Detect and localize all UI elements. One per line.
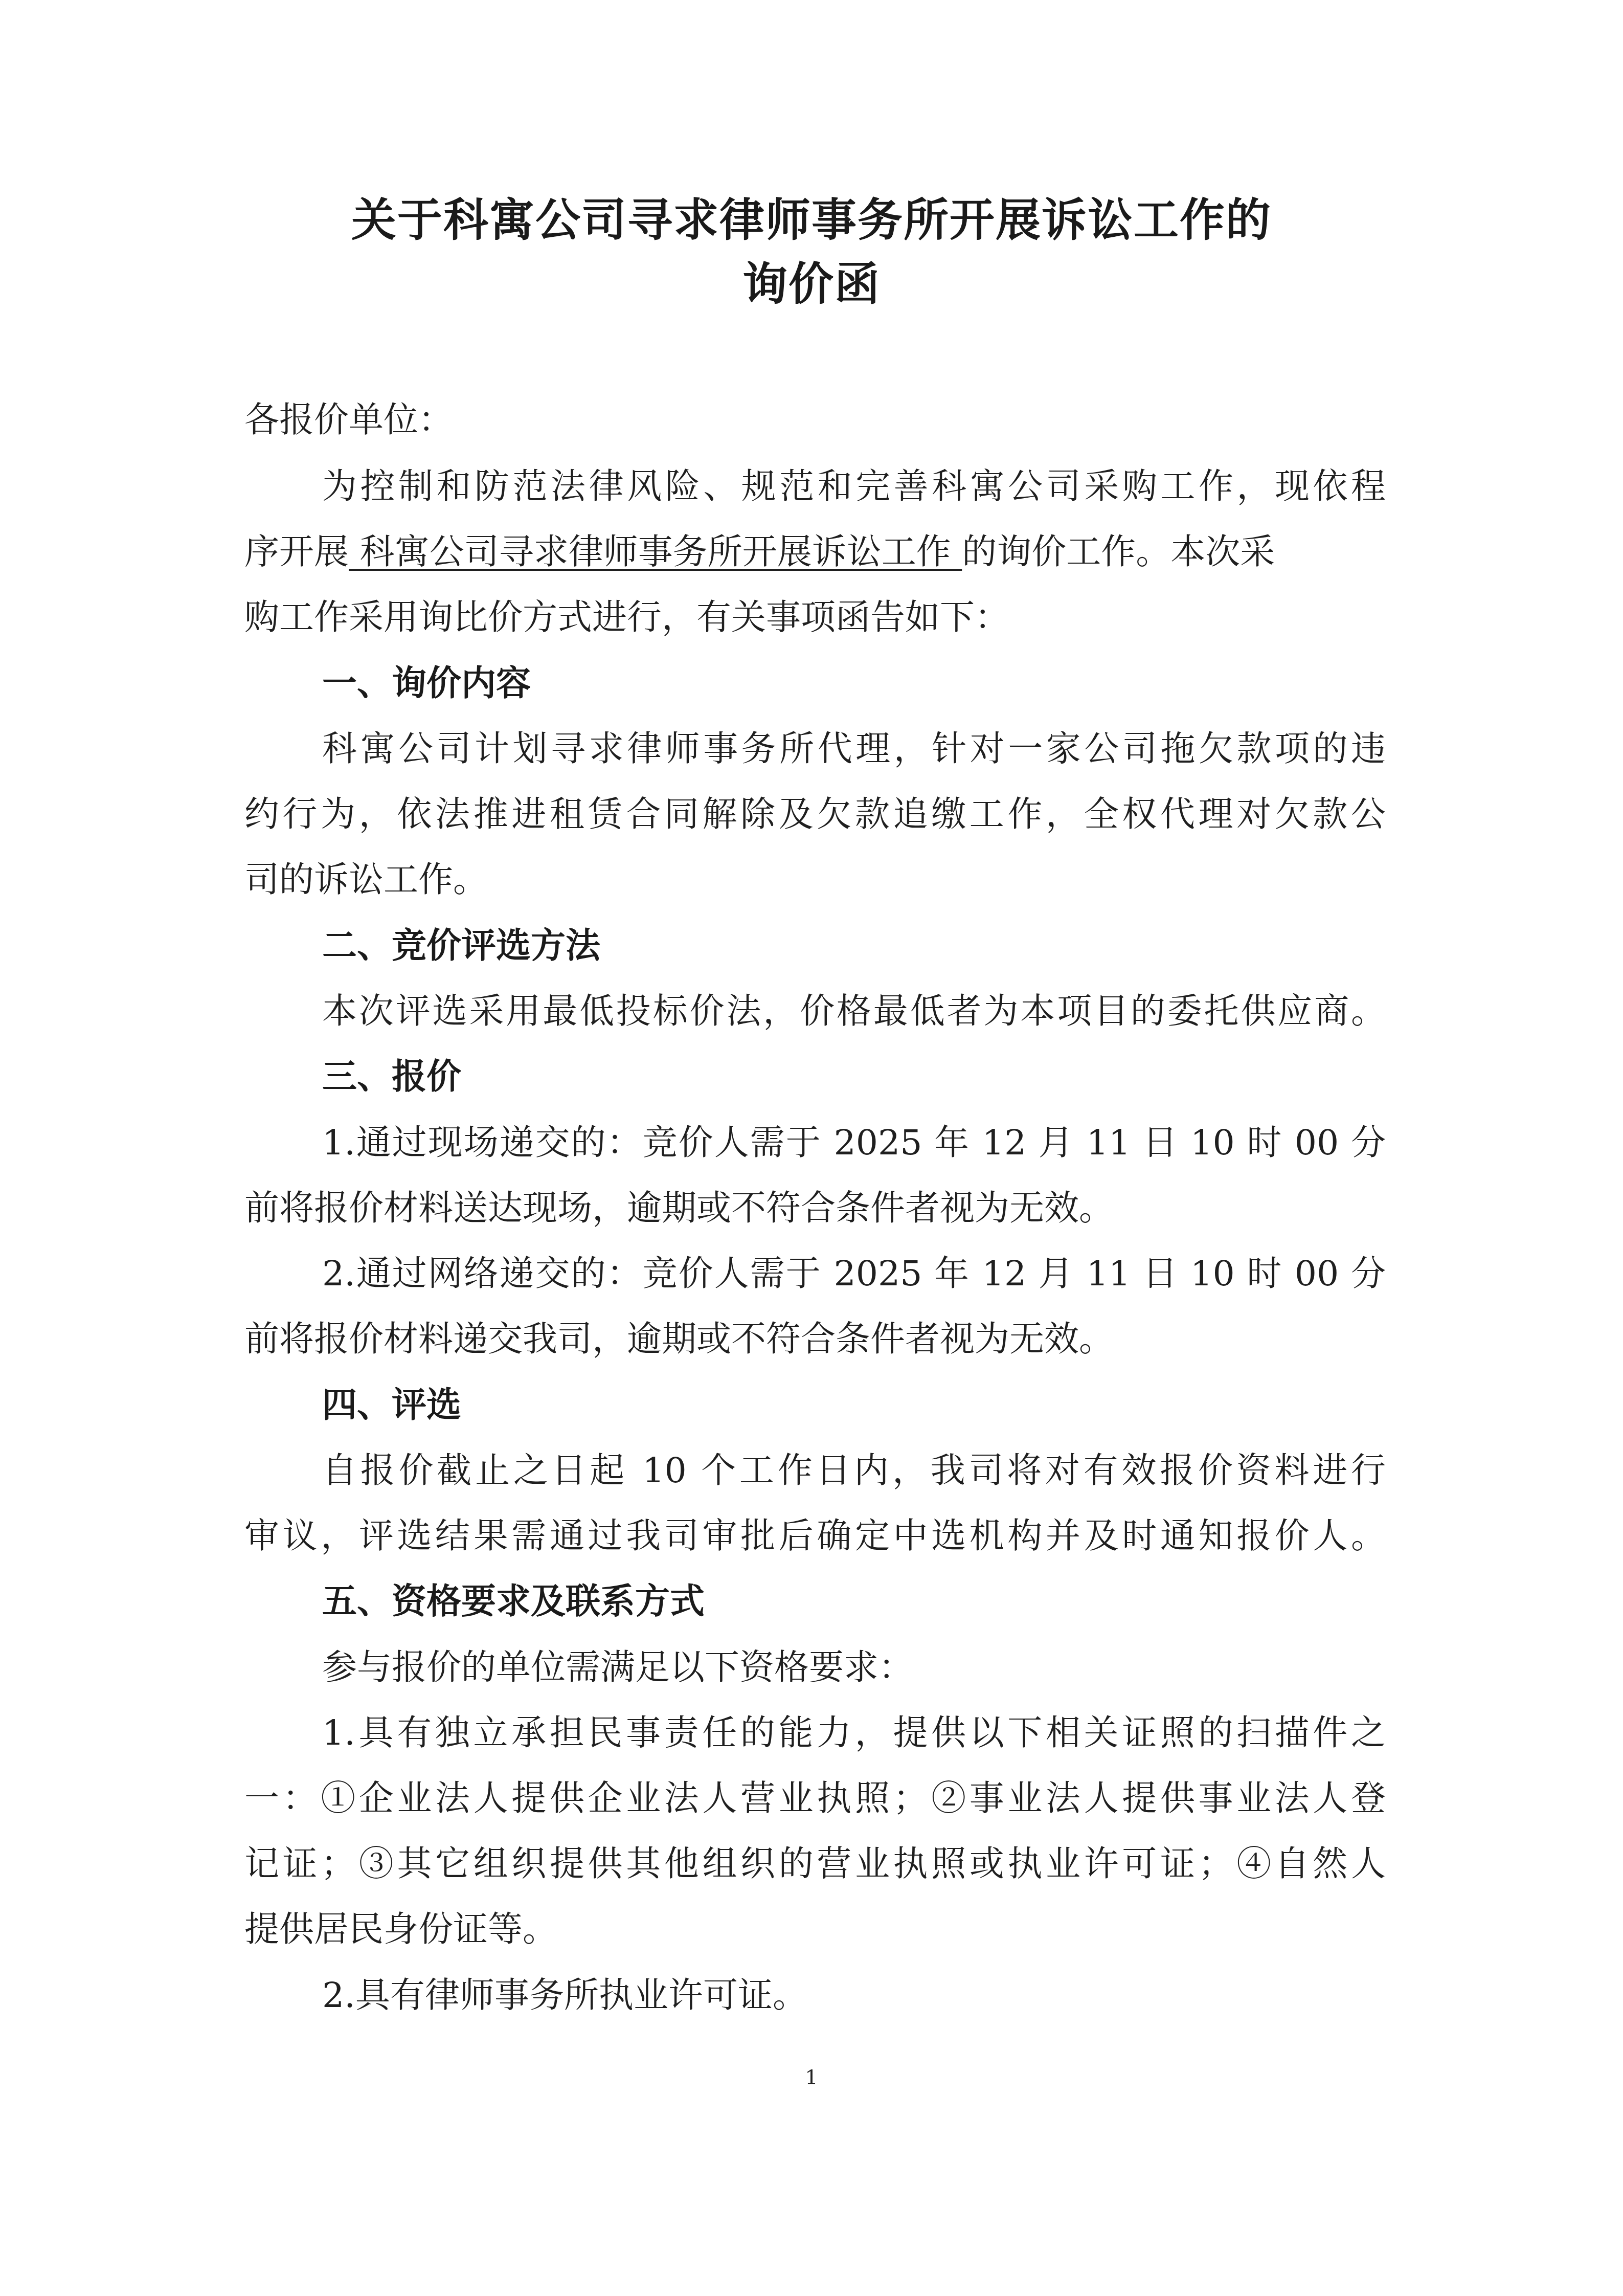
section-5-line-1: 参与报价的单位需满足以下资格要求：: [322, 1647, 1386, 1688]
intro-line-3: 购工作采用询比价方式进行，有关事项函告如下：: [244, 597, 1386, 638]
section-2-line-1: 本次评选采用最低投标价法，价格最低者为本项目的委托供应商。: [322, 991, 1386, 1032]
intro-line-2-suffix: 的询价工作。本次采: [962, 532, 1275, 572]
section-heading-4: 四、评选: [322, 1385, 461, 1426]
section-5-line-6: 2.具有律师事务所执业许可证。: [322, 1975, 1386, 2016]
intro-line-2-prefix: 序开展: [244, 532, 349, 572]
section-heading-3: 三、报价: [322, 1057, 461, 1098]
section-1-line-1: 科寓公司计划寻求律师事务所代理，针对一家公司拖欠款项的违: [322, 729, 1386, 770]
project-name-underlined: 科寓公司寻求律师事务所开展诉讼工作: [349, 532, 962, 572]
intro-line-1: 为控制和防范法律风险、规范和完善科寓公司采购工作，现依程: [322, 466, 1386, 507]
document-title-line-2: 询价函: [0, 258, 1623, 309]
section-5-line-3: 一：①企业法人提供企业法人营业执照；②事业法人提供事业法人登: [244, 1778, 1386, 1819]
document-page: 关于科寓公司寻求律师事务所开展诉讼工作的 询价函 各报价单位： 为控制和防范法律…: [0, 0, 1623, 2296]
section-heading-1: 一、询价内容: [322, 663, 531, 704]
document-title-line-1: 关于科寓公司寻求律师事务所开展诉讼工作的: [0, 194, 1623, 246]
section-5-line-5: 提供居民身份证等。: [244, 1909, 1386, 1950]
section-3-line-1: 1.通过现场递交的：竞价人需于 2025 年 12 月 11 日 10 时 00…: [322, 1123, 1386, 1164]
section-5-line-4: 记证；③其它组织提供其他组织的营业执照或执业许可证；④自然人: [244, 1844, 1386, 1885]
section-1-line-3: 司的诉讼工作。: [244, 860, 1386, 901]
salutation: 各报价单位：: [244, 400, 1386, 441]
section-3-line-4: 前将报价材料递交我司，逾期或不符合条件者视为无效。: [244, 1319, 1386, 1360]
section-heading-5: 五、资格要求及联系方式: [322, 1581, 705, 1622]
section-3-line-2: 前将报价材料送达现场，逾期或不符合条件者视为无效。: [244, 1188, 1386, 1229]
section-5-line-2: 1.具有独立承担民事责任的能力，提供以下相关证照的扫描件之: [322, 1713, 1386, 1754]
section-4-line-1: 自报价截止之日起 10 个工作日内，我司将对有效报价资料进行: [322, 1451, 1386, 1491]
section-heading-2: 二、竞价评选方法: [322, 926, 600, 967]
page-number: 1: [0, 2065, 1623, 2090]
section-1-line-2: 约行为，依法推进租赁合同解除及欠款追缴工作，全权代理对欠款公: [244, 794, 1386, 835]
intro-line-2: 序开展 科寓公司寻求律师事务所开展诉讼工作 的询价工作。本次采: [244, 532, 1386, 573]
section-4-line-2: 审议，评选结果需通过我司审批后确定中选机构并及时通知报价人。: [244, 1516, 1386, 1557]
section-3-line-3: 2.通过网络递交的：竞价人需于 2025 年 12 月 11 日 10 时 00…: [322, 1254, 1386, 1295]
